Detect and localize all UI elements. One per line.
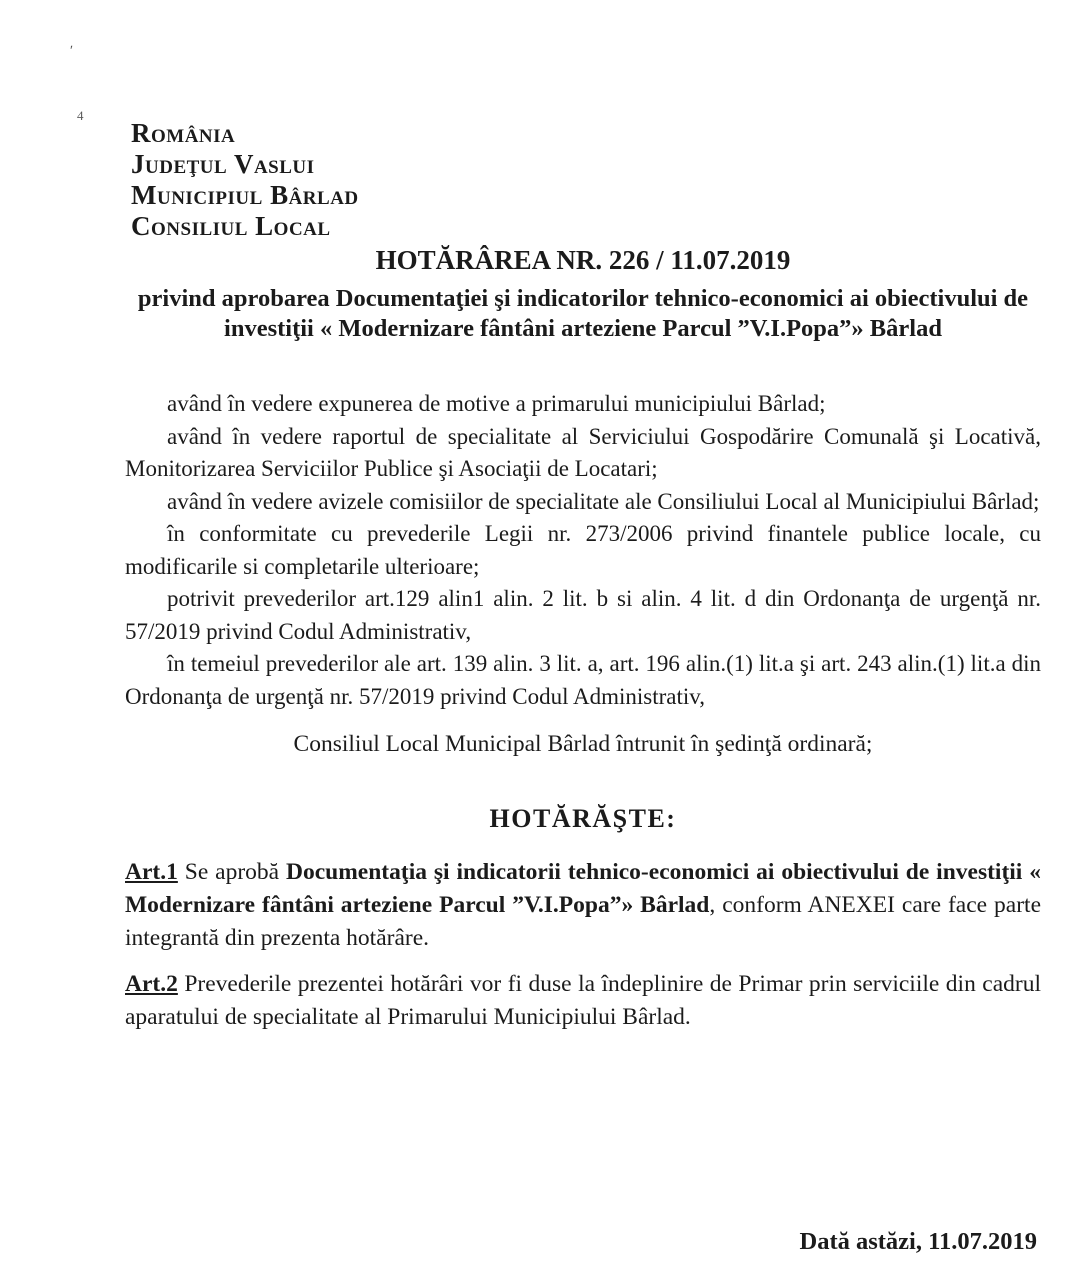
scan-artifact: ʹ [70,44,73,60]
letterhead-council: Consiliul Local [131,211,1041,242]
preamble-paragraph: în conformitate cu prevederile Legii nr.… [125,518,1041,583]
session-line: Consiliul Local Municipal Bârlad întruni… [125,731,1041,758]
preamble-paragraph: potrivit prevederilor art.129 alin1 alin… [125,583,1041,648]
article-2: Art.2 Prevederile prezentei hotărâri vor… [125,968,1041,1034]
decision-subtitle: privind aprobarea Documentaţiei şi indic… [125,284,1041,344]
decision-subtitle-line: privind aprobarea Documentaţiei şi indic… [125,284,1041,314]
article-2-text: Prevederile prezentei hotărâri vor fi du… [125,971,1041,1030]
preamble-paragraph: având în vedere raportul de specialitate… [125,421,1041,486]
preamble-paragraph: având în vedere expunerea de motive a pr… [125,388,1041,421]
decision-title: HOTĂRÂREA NR. 226 / 11.07.2019 [125,244,1041,276]
decree-heading: HOTĂRĂŞTE: [125,804,1041,834]
letterhead-county: Judeţul Vaslui [131,149,1041,180]
decision-subtitle-line: investiţii « Modernizare fântâni artezie… [125,314,1041,344]
article-1-label: Art.1 [125,859,178,885]
preamble-paragraph: în temeiul prevederilor ale art. 139 ali… [125,648,1041,713]
scan-artifact: 4 [77,108,84,124]
footer-date: Dată astăzi, 11.07.2019 [800,1228,1038,1256]
letterhead: România Judeţul Vaslui Municipiul Bârlad… [125,118,1041,242]
scanned-document-page: ʹ 4 România Judeţul Vaslui Municipiul Bâ… [0,0,1079,1268]
letterhead-municipality: Municipiul Bârlad [131,180,1041,211]
article-1: Art.1 Se aprobă Documentaţia şi indicato… [125,856,1041,955]
preamble: având în vedere expunerea de motive a pr… [125,388,1041,713]
preamble-paragraph: având în vedere avizele comisiilor de sp… [125,486,1041,519]
article-2-label: Art.2 [125,971,178,997]
letterhead-country: România [131,118,1041,149]
article-1-lead: Se aprobă [178,859,286,885]
